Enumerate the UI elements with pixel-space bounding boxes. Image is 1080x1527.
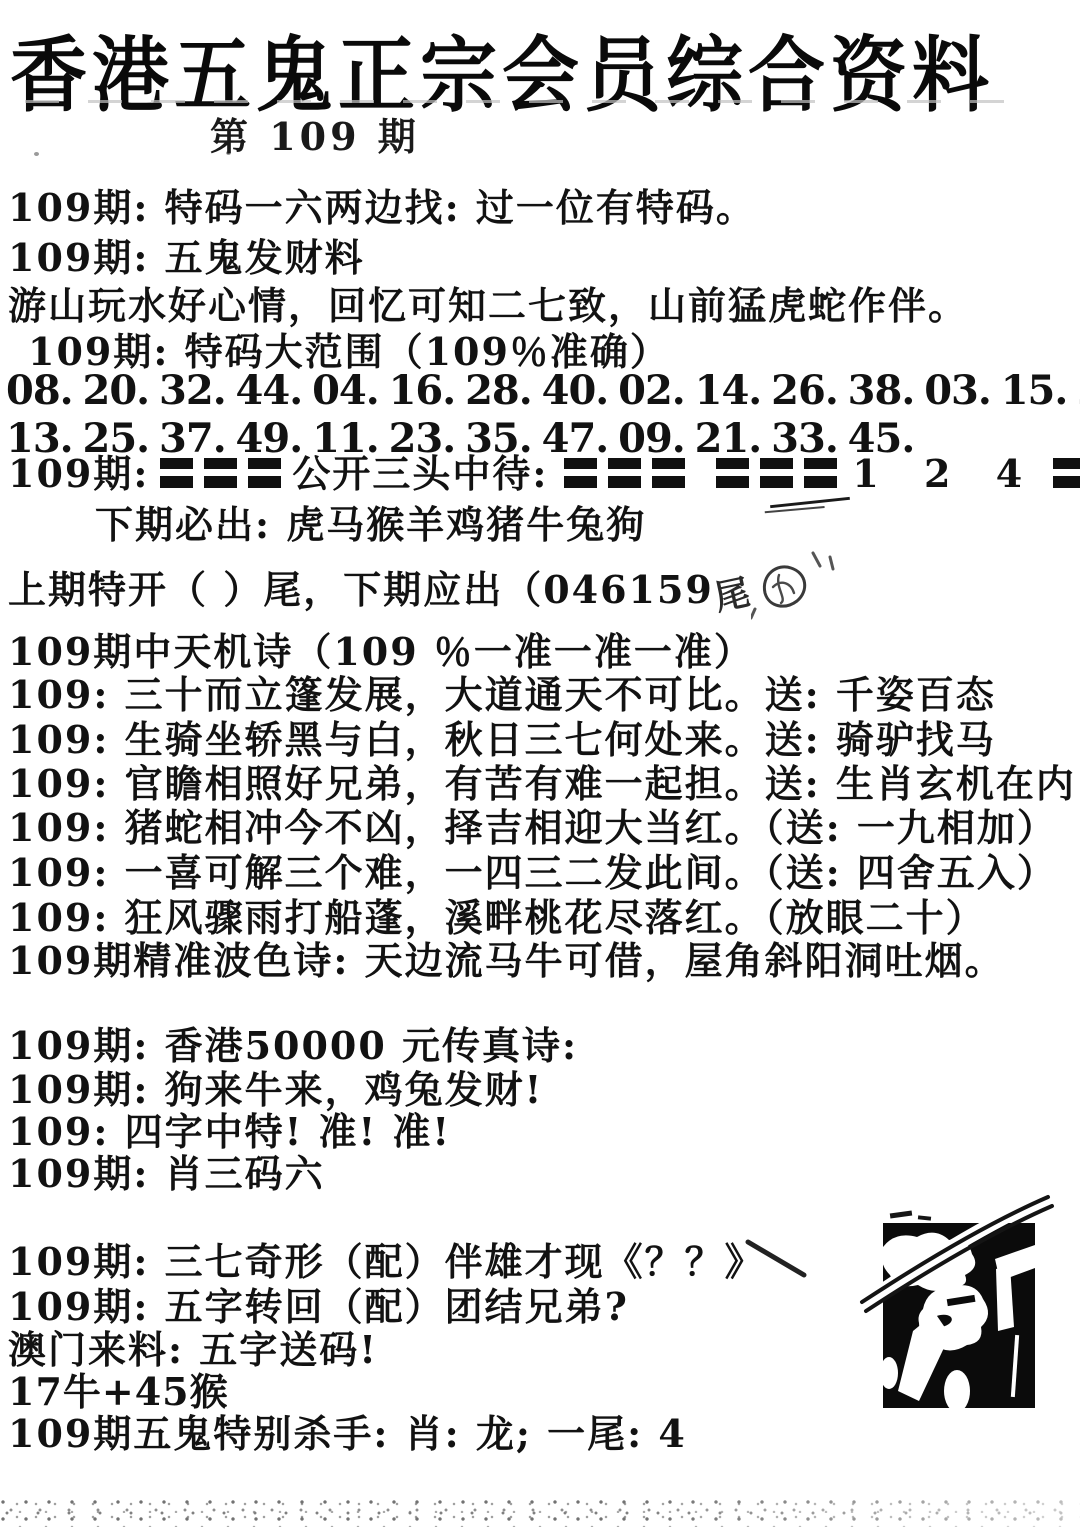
numbers-row-1: 08. 20. 32. 44. 04. 16. 28. 40. 02. 14. … <box>6 368 1080 414</box>
tianji-poem-line: 109: 官瞻相照好兄弟，有苦有难一起担。送: 生肖玄机在内 <box>8 762 1076 806</box>
faint-dashed-rule <box>25 100 1025 103</box>
handwritten-circle-scribble <box>751 545 847 621</box>
issue-number: 第 109 期 <box>210 106 420 161</box>
bose-poem-line: 109期精准波色诗: 天边流马牛可借，屋角斜阳洞吐烟。 <box>8 939 1005 983</box>
redacted-blocks-group <box>564 458 685 488</box>
redacted-block <box>564 458 597 488</box>
poem-tip-line: 游山玩水好心情，回忆可知二七致，山前猛虎蛇作伴。 <box>8 284 968 328</box>
lottery-tip-sheet: 香港五鬼正宗会员综合资料 第 109 期 109期: 特码一六两边找: 过一位有… <box>0 0 1080 1527</box>
redacted-block <box>160 458 193 488</box>
redacted-block <box>652 458 685 488</box>
last-open-text: 上期特开（ ）尾，下期应出（046159 <box>8 567 714 612</box>
ox-monkey-line: 17牛+45猴 <box>8 1370 229 1414</box>
redacted-block <box>204 458 237 488</box>
macau-tip-line: 澳门来料: 五字送码! <box>8 1328 378 1372</box>
bottom-tip-line: 109期: 三七奇形（配）伴雄才现《？？》 <box>8 1240 765 1284</box>
handwritten-tail-char: 尾 <box>711 573 754 620</box>
redacted-blocks-group <box>1053 458 1080 488</box>
redacted-block <box>248 458 281 488</box>
tianji-poem-line: 109: 猪蛇相冲今不凶，择吉相迎大当红。（送: 一九相加） <box>8 806 1057 850</box>
special-kill-line: 109期五鬼特别杀手: 肖: 龙; 一尾: 4 <box>8 1412 687 1456</box>
redacted-block <box>760 458 793 488</box>
redacted-blocks-group <box>160 458 281 488</box>
bottom-tip-line: 109期: 五字转回（配）团结兄弟? <box>8 1285 629 1329</box>
redacted-block <box>716 458 749 488</box>
page-title: 香港五鬼正宗会员综合资料 <box>10 10 1074 128</box>
last-open-line: 上期特开（ ）尾，下期应出（046159尾 <box>8 545 847 621</box>
redacted-block <box>608 458 641 488</box>
next-must-line: 下期必出: 虎马猴羊鸡猪牛兔狗 <box>95 503 646 547</box>
tianji-poem-line: 109: 狂风骤雨打船蓬，溪畔桃花尽落红。（放眼二十） <box>8 896 986 940</box>
tianji-heading: 109期中天机诗（109 ％一准一准一准） <box>8 630 754 674</box>
print-speck <box>34 152 39 156</box>
open-three-heads-line: 109期:公开三头中待:1 2 4中 <box>8 452 1080 496</box>
open-line-numbers: 1 2 4 <box>852 451 1038 496</box>
fax-tip-line: 109期: 肖三码六 <box>8 1152 325 1196</box>
tianji-poem-line: 109: 三十而立篷发展，大道通天不可比。送: 千姿百态 <box>8 673 996 717</box>
tianji-poem-line: 109: 生骑坐轿黑与白，秋日三七何处来。送: 骑驴找马 <box>8 718 996 762</box>
open-line-label: 109期: <box>8 451 149 496</box>
wugui-facai-line: 109期: 五鬼发财料 <box>8 236 365 280</box>
redacted-block <box>804 458 837 488</box>
special-code-tip-line: 109期: 特码一六两边找: 过一位有特码。 <box>8 186 756 230</box>
scan-noise-band <box>0 1498 1080 1527</box>
portrait-photo <box>883 1223 1035 1408</box>
fax-heading-line: 109期: 香港50000 元传真诗: <box>8 1024 578 1068</box>
open-line-caption: 公开三头中待: <box>292 451 548 496</box>
redacted-blocks-group <box>716 458 837 488</box>
fax-tip-line: 109期: 狗来牛来，鸡兔发财! <box>8 1068 543 1112</box>
print-speck <box>890 1210 912 1218</box>
tianji-poem-line: 109: 一喜可解三个难，一四三二发此间。（送: 四舍五入） <box>8 851 1057 895</box>
handwritten-underline <box>770 497 850 508</box>
redacted-block <box>1053 458 1080 488</box>
print-speck <box>918 1215 931 1220</box>
fax-tip-line: 109: 四字中特! 准! 准! <box>8 1110 451 1154</box>
